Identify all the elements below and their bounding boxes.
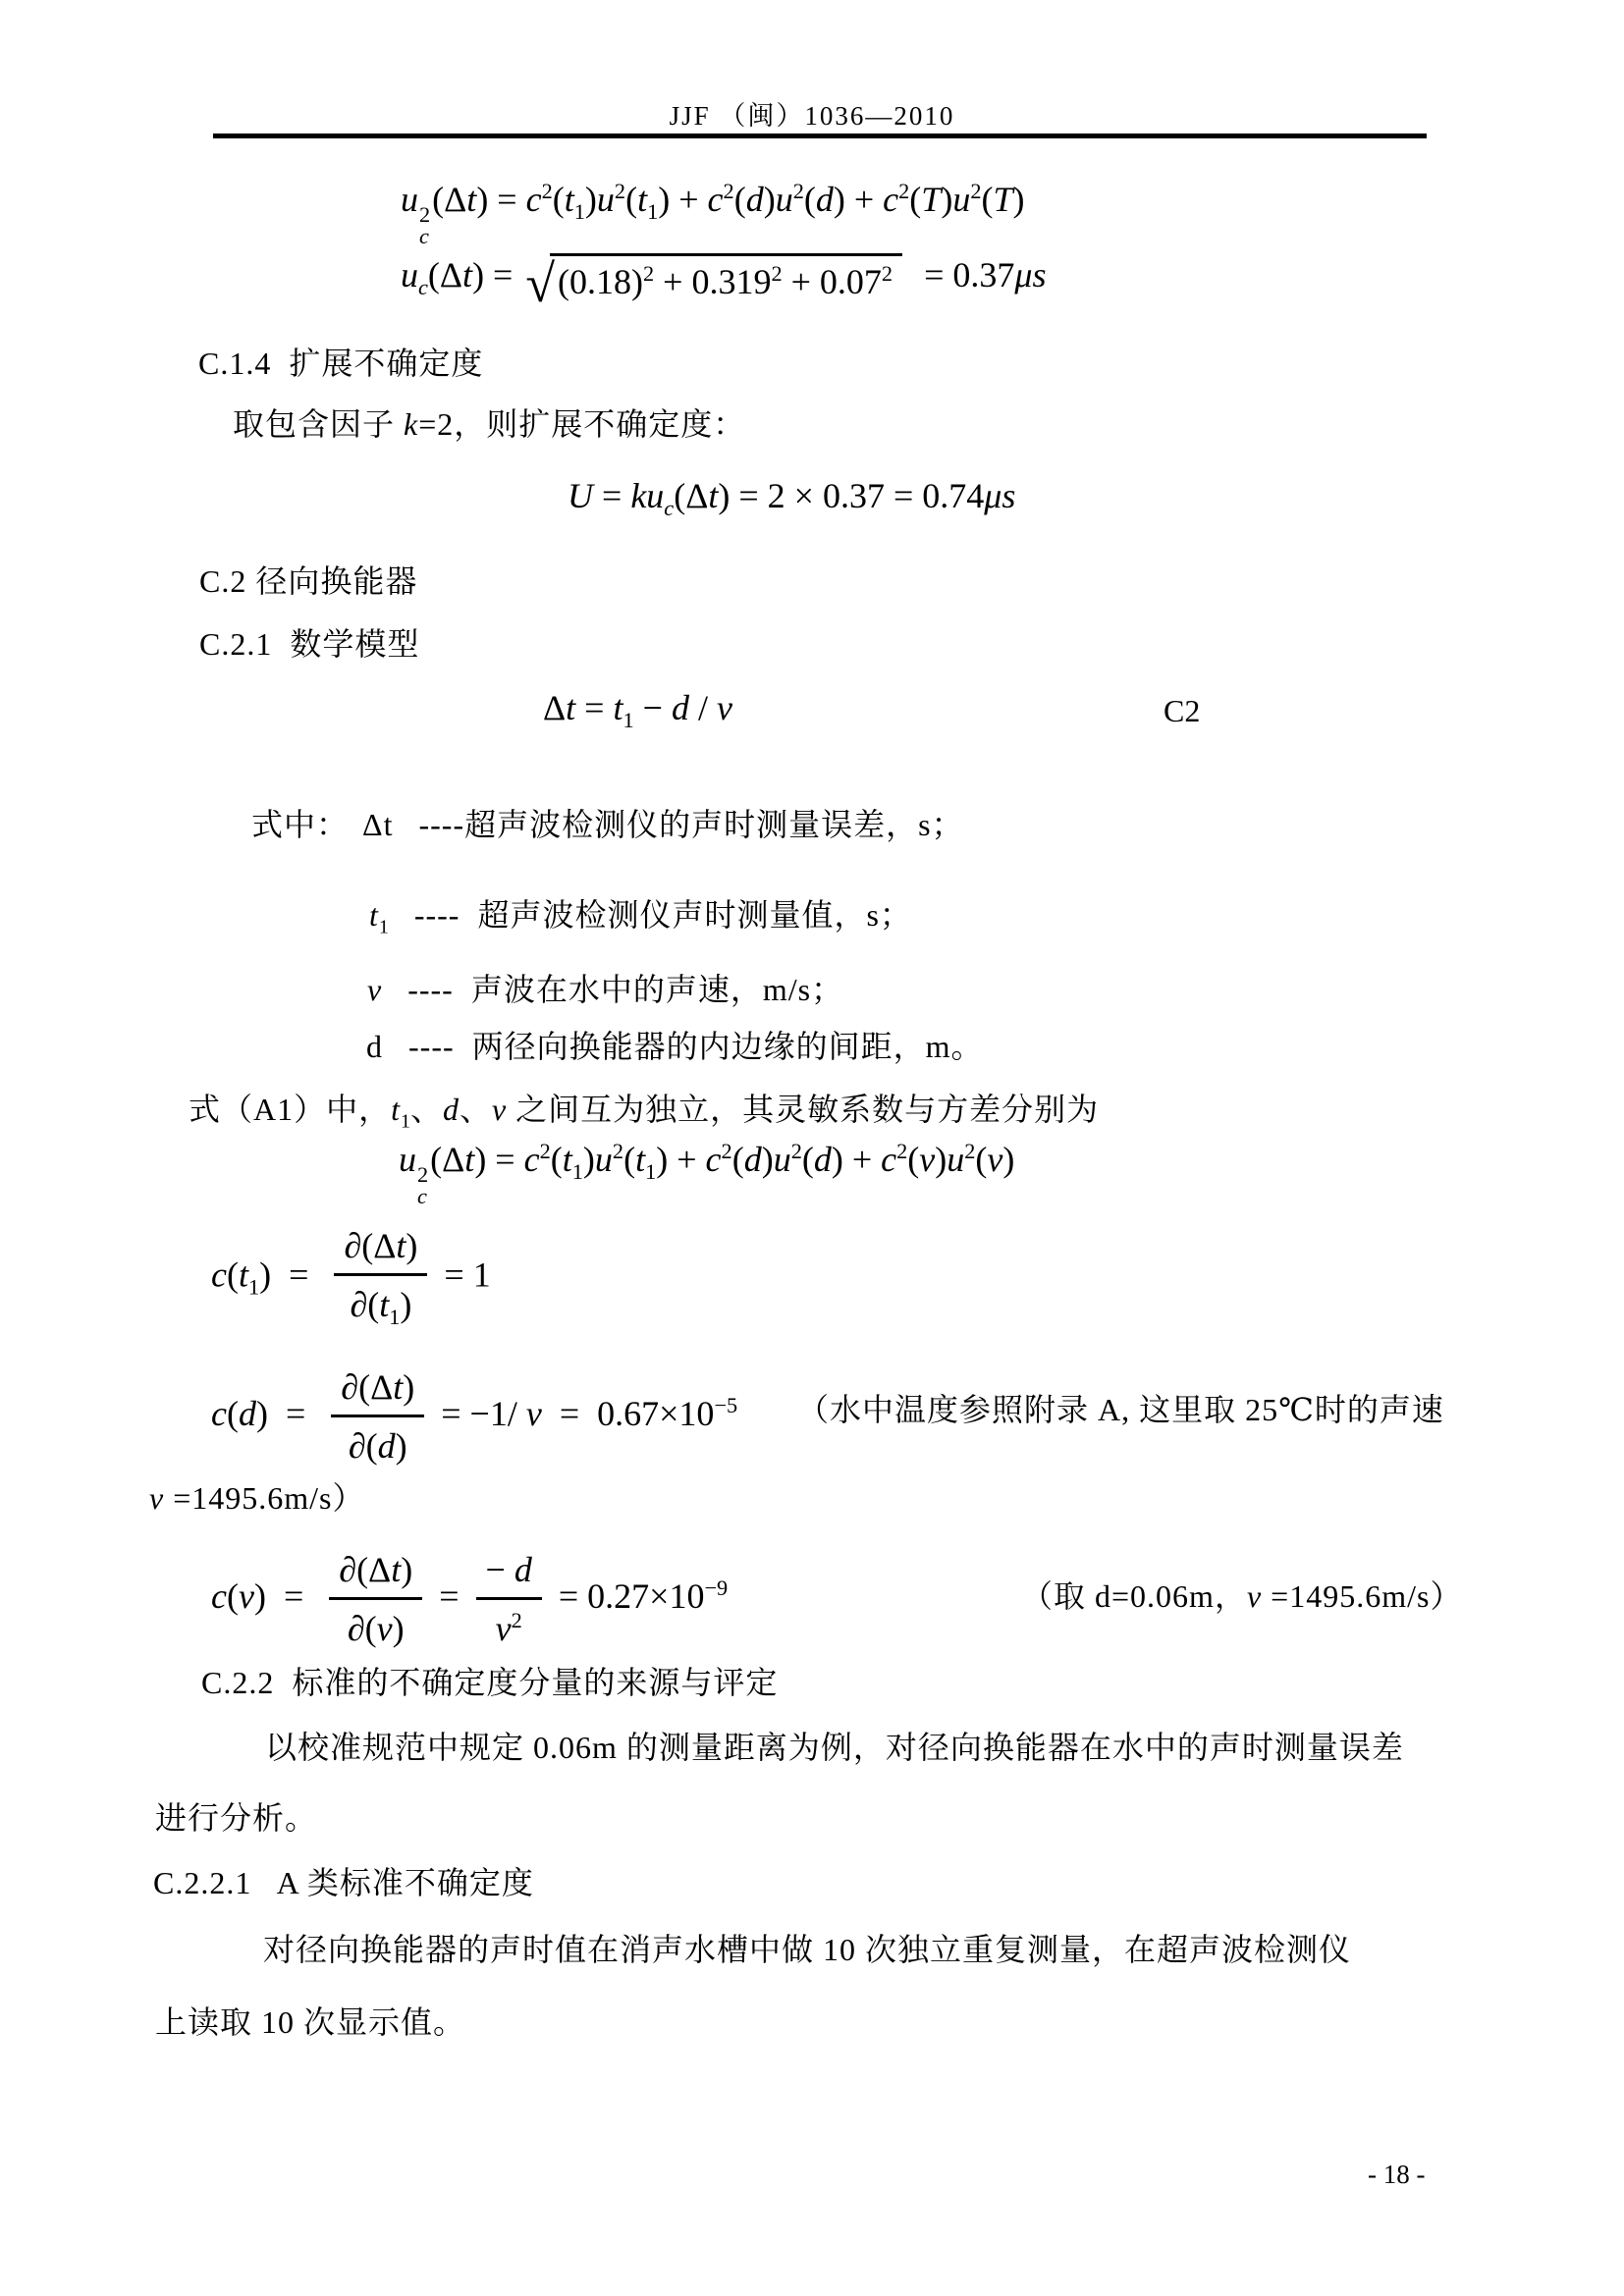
formula-expanded-uncertainty: U = kuc(Δt) = 2 × 0.37 = 0.74μs [568, 475, 1015, 522]
where-intro-label: 式中： [251, 807, 349, 842]
formula-combined-uncertainty-T: u2c(Δt) = c2(t1)u2(t1) + c2(d)u2(d) + c2… [401, 179, 1025, 248]
independence-part2: 之间互为独立，其灵敏系数与方差分别为 [507, 1092, 1099, 1127]
section-c22-heading: C.2.2 标准的不确定度分量的来源与评定 [201, 1663, 778, 1702]
section-c14-heading: C.1.4 扩展不确定度 [198, 344, 483, 383]
def-symbol-dt: Δt [362, 807, 393, 842]
header-rule [213, 133, 1427, 138]
equation-label-c2: C2 [1164, 691, 1200, 730]
formula-sensitivity-t1: c(t1) = ∂(Δt)∂(t1) = 1 [211, 1225, 491, 1331]
page-number: - 18 - [1368, 2160, 1425, 2190]
formula-uc-sqrt: uc(Δt) = √(0.18)2 + 0.3192 + 0.072 = 0.3… [401, 253, 1046, 303]
section-c21-heading: C.2.1 数学模型 [199, 624, 419, 664]
note-speed-value: v =1495.6m/s） [149, 1478, 365, 1518]
def-desc-dt: ----超声波检测仪的声时测量误差，s； [418, 807, 963, 842]
note-water-temperature: （水中温度参照附录 A, 这里取 25℃时的声速 [797, 1390, 1444, 1429]
note-d-v-values: （取 d=0.06m，v =1495.6m/s） [1021, 1576, 1462, 1616]
def-desc-t1: ---- 超声波检测仪声时测量值，s； [414, 897, 912, 933]
document-page: JJF （闽）1036—2010 u2c(Δt) = c2(t1)u2(t1) … [0, 0, 1624, 2296]
para-c22-line2: 进行分析。 [155, 1798, 317, 1838]
text-coverage-factor: 取包含因子 k=2，则扩展不确定度： [233, 404, 745, 444]
formula-model: Δt = t1 − d / v [543, 687, 732, 734]
formula-sensitivity-v: c(v) = ∂(Δt)∂(v) = − dv2 = 0.27×10−9 [211, 1549, 728, 1650]
section-c2-heading: C.2 径向换能器 [199, 561, 417, 601]
formula-combined-uncertainty-v: u2c(Δt) = c2(t1)u2(t1) + c2(d)u2(d) + c2… [399, 1139, 1014, 1208]
para-c221-line2: 上读取 10 次显示值。 [155, 2002, 465, 2042]
independence-part1: 式（A1）中， [189, 1092, 391, 1127]
independence-symbols: t1、d、v [391, 1092, 507, 1127]
formula-sensitivity-d: c(d) = ∂(Δt)∂(d) = −1/ v = 0.67×10−5 [211, 1366, 737, 1468]
section-c221-heading: C.2.2.1 A 类标准不确定度 [153, 1863, 534, 1902]
page-header: JJF （闽）1036—2010 [0, 94, 1624, 133]
para-c221-line1: 对径向换能器的声时值在消声水槽中做 10 次独立重复测量，在超声波检测仪 [263, 1930, 1351, 1969]
para-c22-line1: 以校准规范中规定 0.06m 的测量距离为例，对径向换能器在水中的声时测量误差 [265, 1728, 1404, 1767]
def-symbol-t1: t1 [369, 897, 389, 933]
